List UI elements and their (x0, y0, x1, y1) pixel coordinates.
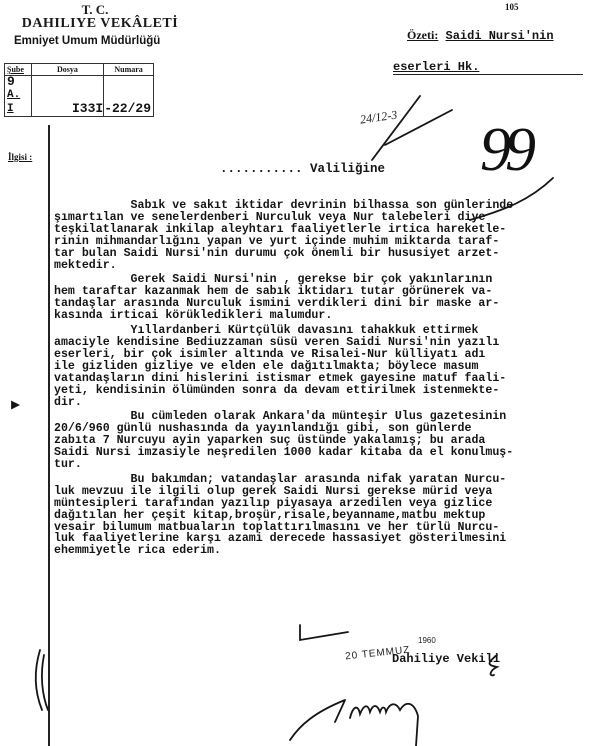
body-paragraph: Bu bakımdan; vatandaşlar arasında nifak … (54, 474, 600, 557)
stamp-year: 1960 (418, 636, 436, 645)
sube-unit: A. I (7, 88, 29, 116)
handwritten-number: 99 (480, 115, 530, 186)
reference-label: İlgisi : (8, 152, 32, 162)
signer-title: Dahiliye Vekili (392, 652, 500, 666)
body-paragraph: Bu cümleden olarak Ankara'da münteşir Ul… (54, 411, 600, 471)
approval-slash-mark (372, 96, 420, 160)
subject-value: Saidi Nursi'nin (446, 29, 554, 43)
letterhead-directorate: Emniyet Umum Müdürlüğü (14, 35, 160, 47)
sube-cell: 9 A. I (5, 76, 32, 117)
subject-label: Özeti: (407, 28, 438, 42)
page-number: 105 (505, 2, 519, 12)
header-numara: Numara (104, 64, 154, 76)
underline-stroke-mark (300, 625, 348, 640)
body-paragraph: Yıllardanberi Kürtçülük davasını tahakku… (54, 325, 600, 408)
body-paragraph: Sabık ve sakıt iktidar devrinin bilhassa… (54, 200, 600, 271)
subject-line-2: eserleri Hk. (393, 60, 583, 75)
file-number-suffix: -22/29 (104, 76, 154, 117)
letterhead-ministry: DAHILIYE VEKÂLETİ (20, 16, 180, 32)
file-number: I33I (31, 76, 104, 117)
margin-rule (48, 125, 50, 746)
file-reference-table: Şube Dosya Numara 9 A. I I33I -22/29 (4, 63, 154, 117)
signature (290, 700, 418, 746)
handwritten-date-note: 24/12-3 (359, 107, 398, 127)
margin-arrow-mark (12, 402, 18, 408)
header-dosya: Dosya (31, 64, 104, 76)
sube-number: 9 (7, 76, 29, 88)
margin-scribble-mark (36, 650, 48, 710)
body-paragraph: Gerek Saidi Nursi'nin , gerekse bir çok … (54, 274, 600, 322)
letter-body: Sabık ve sakıt iktidar devrinin bilhassa… (54, 200, 600, 560)
addressee: ........... Valiliğine (220, 162, 385, 176)
subject-line: Özeti: Saidi Nursi'nin (407, 28, 554, 43)
